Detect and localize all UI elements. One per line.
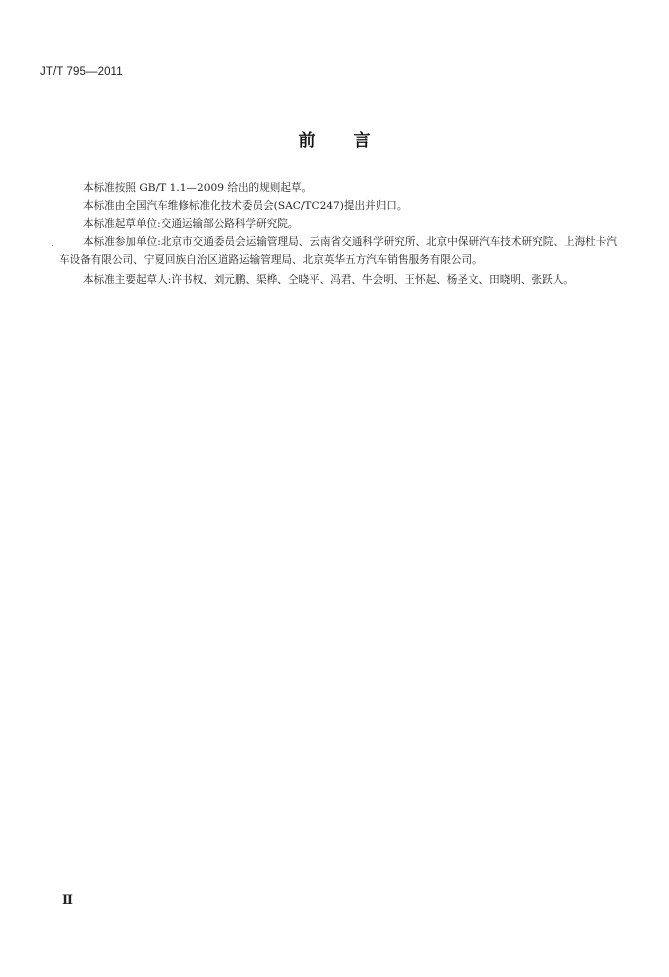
page-number: Ⅱ (62, 893, 73, 908)
scan-speck (52, 245, 53, 246)
title-char-2: 言 (354, 126, 371, 151)
standard-number: JT/T 795—2011 (40, 66, 123, 78)
paragraph-drafting-rules: 本标准按照 GB/T 1.1—2009 给出的规则起草。 (59, 179, 617, 197)
paragraph-drafting-unit: 本标准起草单位:交通运输部公路科学研究院。 (59, 215, 617, 233)
foreword-body: 本标准按照 GB/T 1.1—2009 给出的规则起草。 本标准由全国汽车维修标… (59, 179, 617, 289)
title-char-1: 前 (299, 126, 316, 151)
page-title: 前言 (0, 126, 669, 151)
paragraph-main-drafters: 本标准主要起草人:许书权、刘元鹏、渠桦、仝晓平、冯君、牛会明、王怀起、杨圣文、田… (59, 271, 617, 289)
paragraph-proposer: 本标准由全国汽车维修标准化技术委员会(SAC/TC247)提出并归口。 (59, 197, 617, 215)
paragraph-participating-units: 本标准参加单位:北京市交通委员会运输管理局、云南省交通科学研究所、北京中保研汽车… (59, 233, 617, 269)
